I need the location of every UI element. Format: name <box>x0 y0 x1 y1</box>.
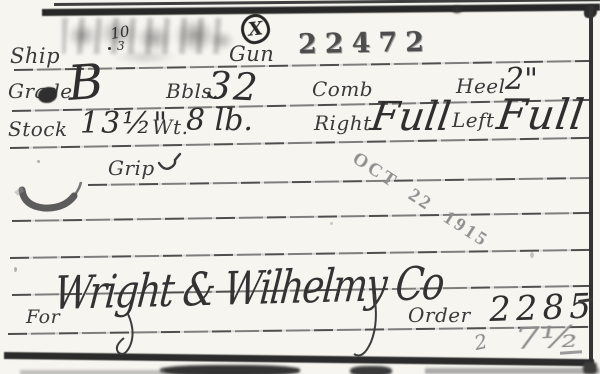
ship-label: Ship <box>10 44 60 68</box>
next-card-edge-blob <box>350 366 392 374</box>
next-card-edge-blob <box>583 362 597 374</box>
left-label: Left <box>452 108 495 132</box>
ink-dot <box>108 47 111 50</box>
gun-label: Gun <box>229 42 274 66</box>
next-card-edge-blob <box>425 368 600 374</box>
ink-speck <box>452 6 462 13</box>
comb-label: Comb <box>312 77 373 101</box>
gun-serial-number: 22472 <box>298 27 432 60</box>
right-label: Right <box>314 111 372 135</box>
g-descender-stroke <box>110 312 140 362</box>
grip-label: Grip <box>108 156 155 180</box>
ink-speck <box>330 222 333 225</box>
stock-label: Stock <box>8 117 68 141</box>
rule-line <box>10 249 592 259</box>
pencil-note-qty: 2 <box>472 329 489 355</box>
wt-value: 8 lb. <box>186 103 253 138</box>
date-stamp: OCT 22 1915 <box>348 148 493 253</box>
grade-value: B <box>66 54 105 112</box>
ink-speck <box>37 160 40 163</box>
bottom-edge-band <box>4 352 594 366</box>
left-value: Full <box>494 90 588 139</box>
customer-name: Wright & Wilhelmy Co <box>52 256 446 320</box>
right-value: Full <box>368 94 454 140</box>
faded-stamp-smudge-streaks <box>62 18 224 54</box>
record-card: Ship 10 3 Gun X 22472 Grade B Bbls. 32 C… <box>0 0 600 374</box>
ink-crescent-mark <box>16 176 96 218</box>
wt-label: Wt. <box>152 115 188 139</box>
rule-line <box>12 212 592 222</box>
rule-line <box>88 177 592 186</box>
heel-label: Heel <box>456 74 506 98</box>
handwritten-note-3: 3 <box>117 39 125 53</box>
next-card-edge-blob <box>20 370 165 374</box>
order-label: Order <box>408 303 471 327</box>
grip-scribble-mark <box>156 151 184 175</box>
ink-speck <box>14 267 17 272</box>
top-edge-band <box>42 4 600 16</box>
next-card-edge-blob <box>160 365 300 374</box>
ink-speck <box>530 252 534 258</box>
circled-x-mark: X <box>240 13 272 46</box>
y-descender-stroke <box>348 292 382 366</box>
